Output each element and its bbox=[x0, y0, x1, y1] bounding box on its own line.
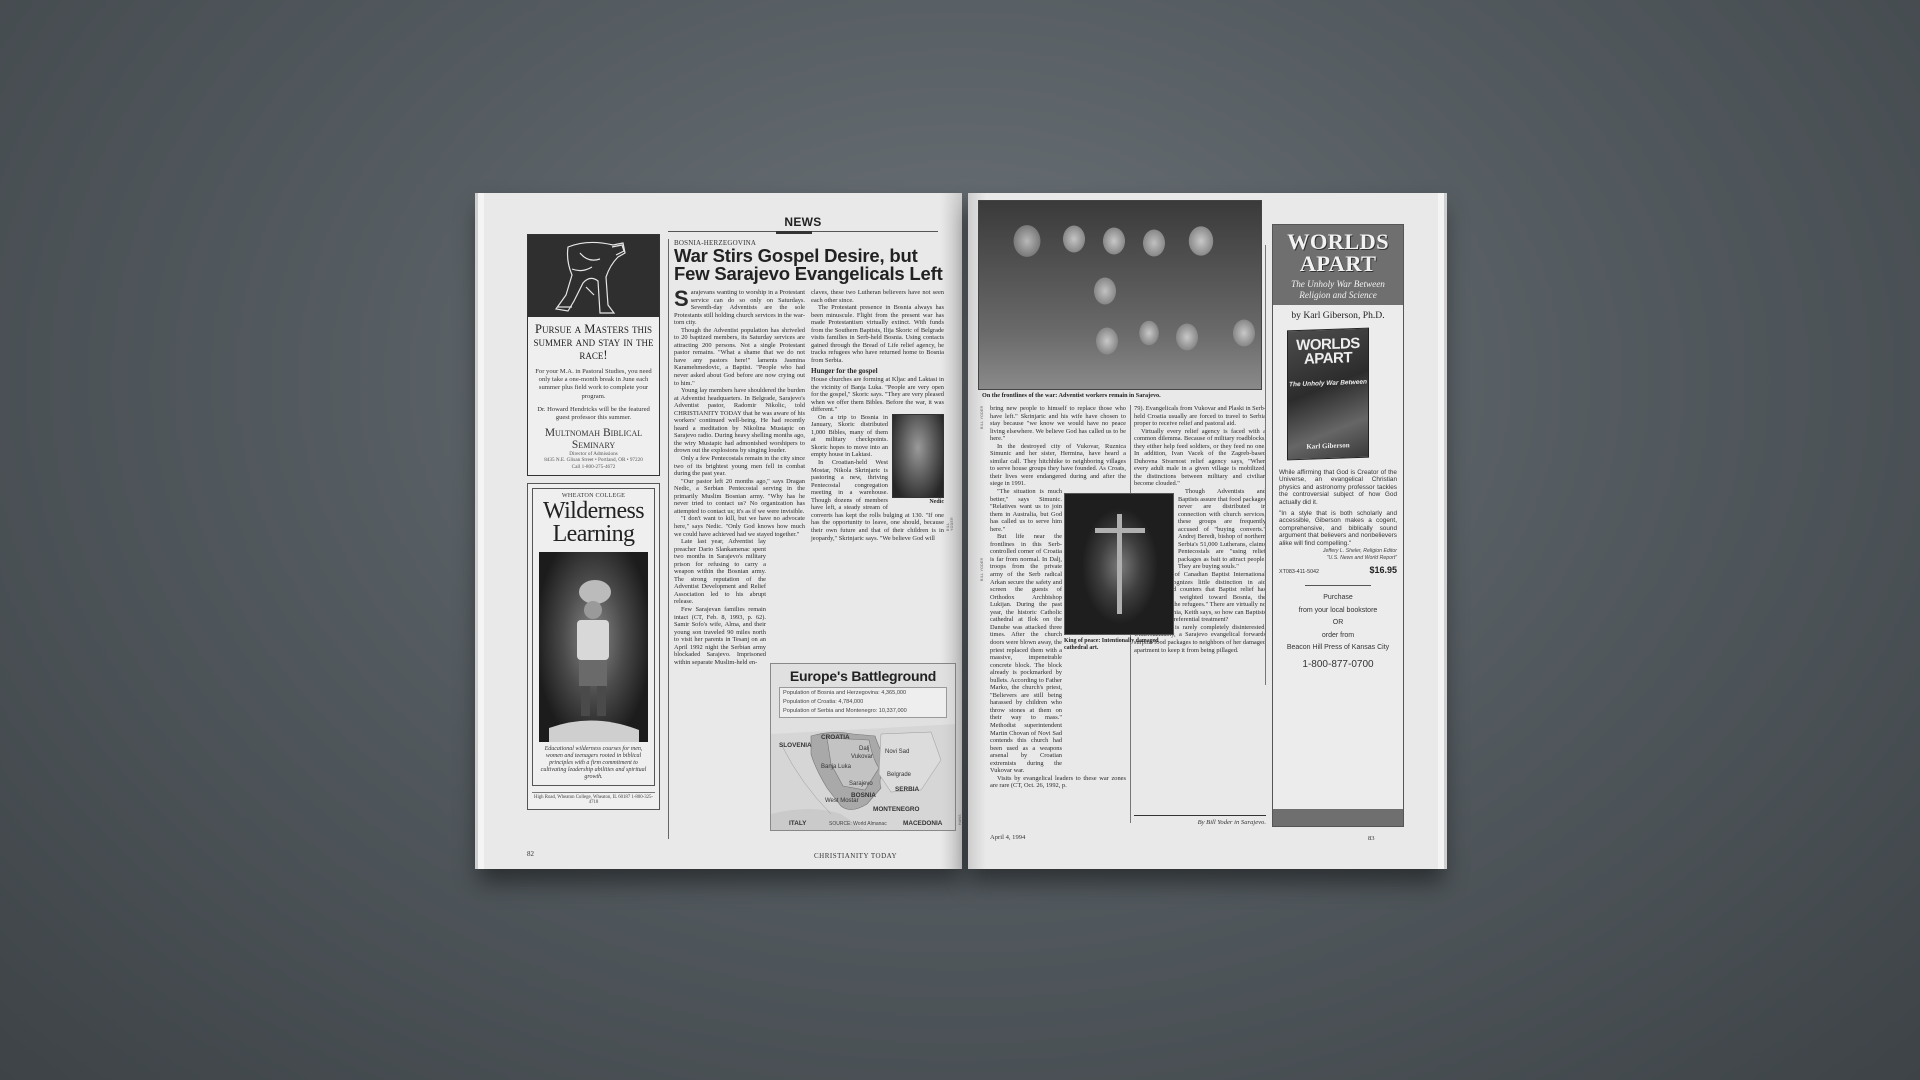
ad-headline: Pursue a Masters this summer and stay in… bbox=[528, 323, 659, 362]
nedic-photo bbox=[892, 414, 944, 498]
photo-caption: King of peace: Intentionally damaged cat… bbox=[1064, 638, 1174, 652]
map-label-country: MONTENEGRO bbox=[873, 806, 920, 813]
paragraph: Though the Adventist population has shri… bbox=[674, 327, 805, 387]
map-label-city: Dalj bbox=[859, 746, 869, 752]
column-rule bbox=[668, 239, 669, 839]
photo-caption: On the frontlines of the war: Adventist … bbox=[982, 392, 1161, 399]
right-page: On the frontlines of the war: Adventist … bbox=[968, 193, 1444, 869]
map-label-country: CROATIA bbox=[821, 734, 850, 741]
book-title: WORLDS APART bbox=[1288, 329, 1368, 368]
ad-description: While affirming that God is Creator of t… bbox=[1279, 469, 1397, 506]
population-line: Population of Serbia and Montenegro: 10,… bbox=[783, 707, 943, 716]
adventist-workers-photo bbox=[978, 200, 1262, 390]
paragraph: Though Adventists and Baptists assure th… bbox=[1178, 488, 1266, 571]
paragraph: Young lay members have shouldered the bu… bbox=[674, 387, 805, 455]
wheaton-ad: WHEATON COLLEGE Wilderness Learning bbox=[527, 483, 660, 810]
map-label-city: Sarajevo bbox=[849, 781, 873, 787]
paragraph: But life near the frontlines in this Ser… bbox=[990, 533, 1062, 775]
wheaton-ad-frame: WHEATON COLLEGE Wilderness Learning bbox=[532, 488, 655, 786]
contact-line: 8435 N.E. Glisan Street • Portland, OR •… bbox=[528, 457, 659, 463]
school-name: Multnomah Biblical Seminary bbox=[528, 427, 659, 451]
article-column-1: Sarajevans wanting to worship in a Prote… bbox=[674, 289, 805, 666]
page-number: 83 bbox=[1368, 835, 1375, 842]
population-line: Population of Croatia: 4,784,000 bbox=[783, 698, 943, 707]
photo-credit: BILL YODER bbox=[980, 406, 984, 429]
ad-footer-band bbox=[1273, 809, 1403, 826]
map-label-country: MACEDONIA bbox=[903, 820, 942, 827]
map-label-country: SERBIA bbox=[895, 786, 919, 793]
multnomah-ad: Pursue a Masters this summer and stay in… bbox=[527, 234, 660, 476]
worlds-apart-ad: WORLDS APART The Unholy War Between Reli… bbox=[1272, 224, 1404, 827]
quote-attribution: "U.S. News and World Report" bbox=[1279, 555, 1397, 561]
map-label-city: Novi Sad bbox=[885, 749, 909, 755]
left-page: NEWS Pursue a bbox=[478, 193, 962, 869]
purchase-line: OR bbox=[1273, 617, 1403, 630]
order-phone: 1-800-877-0700 bbox=[1273, 659, 1403, 670]
purchase-line: Purchase bbox=[1273, 592, 1403, 605]
hiker-figure-icon bbox=[539, 552, 647, 742]
article-column-2: claves, these two Lutheran believers hav… bbox=[811, 289, 944, 542]
byline-rule bbox=[1134, 815, 1266, 816]
book-author: Karl Giberson bbox=[1288, 441, 1368, 452]
ad-body: For your M.A. in Pastoral Studies, you n… bbox=[532, 368, 655, 422]
crucifix-photo bbox=[1064, 493, 1174, 635]
paragraph: "I don't want to kill, but we have no ad… bbox=[674, 515, 805, 538]
paragraph: Virtually every relief agency is faced w… bbox=[1134, 428, 1266, 488]
product-price: $16.95 bbox=[1369, 565, 1397, 575]
column-rule bbox=[1265, 245, 1266, 685]
paragraph: "Our pastor left 20 months ago," says Dr… bbox=[674, 478, 805, 516]
purchase-line: order from bbox=[1273, 630, 1403, 643]
ad-caption: Educational wilderness courses for men, … bbox=[539, 746, 648, 781]
map-label-country: SLOVENIA bbox=[779, 742, 812, 749]
ad-subtitle: The Unholy War Between Religion and Scie… bbox=[1275, 279, 1401, 300]
ad-title: APART bbox=[1275, 253, 1401, 275]
book-subtitle: The Unholy War Between bbox=[1288, 379, 1368, 389]
drop-cap: S bbox=[674, 290, 689, 307]
ad-body-text: Dr. Howard Hendricks will be the feature… bbox=[532, 406, 655, 422]
paragraph: Late last year, Adventist lay preacher D… bbox=[674, 538, 766, 606]
ad-author: by Karl Giberson, Ph.D. bbox=[1273, 310, 1403, 321]
photo-caption: Nedic bbox=[892, 499, 944, 507]
photo-credit: BILL YODER bbox=[980, 558, 984, 581]
magazine-footer: CHRISTIANITY TODAY bbox=[814, 852, 897, 860]
magazine-spread: NEWS Pursue a bbox=[478, 193, 1444, 869]
paragraph: Visits by evangelical leaders to these w… bbox=[990, 775, 1126, 790]
runner-illustration bbox=[528, 235, 659, 317]
photo-credit: BILL YODER bbox=[946, 515, 954, 531]
article-headline: War Stirs Gospel Desire, but Few Sarajev… bbox=[674, 247, 944, 282]
population-line: Population of Bosnia and Herzegovina: 4,… bbox=[783, 689, 943, 698]
ad-title: WORLDS bbox=[1275, 231, 1401, 253]
paragraph: bring new people to himself to replace t… bbox=[990, 405, 1126, 443]
map-source: SOURCE: World Almanac bbox=[829, 821, 887, 827]
purchase-info: Purchase from your local bookstore OR or… bbox=[1273, 592, 1403, 655]
paragraph: claves, these two Lutheran believers hav… bbox=[811, 289, 944, 304]
ad-address: High Road, Wheaton College, Wheaton, IL … bbox=[532, 792, 655, 805]
ad-quote: "In a style that is both scholarly and a… bbox=[1279, 510, 1397, 547]
product-sku: XT083-411-5042 bbox=[1279, 569, 1319, 575]
ad-column: Pursue a Masters this summer and stay in… bbox=[527, 234, 660, 810]
paragraph: In the destroyed city of Vukovar, Ruznic… bbox=[990, 443, 1126, 488]
divider bbox=[1305, 585, 1371, 586]
map-label-city: Banja Luka bbox=[821, 764, 851, 770]
paragraph: Few Sarajevan families remain intact (CT… bbox=[674, 606, 766, 666]
population-box: Population of Bosnia and Herzegovina: 4,… bbox=[779, 687, 947, 718]
map-label-city: West Mostar bbox=[825, 798, 859, 804]
paragraph: The Protestant presence in Bosnia always… bbox=[811, 304, 944, 364]
price-row: XT083-411-5042 $16.95 bbox=[1279, 565, 1397, 575]
subhead: Hunger for the gospel bbox=[811, 368, 944, 376]
ad-title-band: WORLDS APART The Unholy War Between Reli… bbox=[1273, 225, 1403, 305]
paragraph: House churches are forming at Kljac and … bbox=[811, 376, 944, 414]
map-label-country: ITALY bbox=[789, 820, 806, 827]
page-number: 82 bbox=[527, 850, 534, 858]
paragraph: "The situation is much better," says Sim… bbox=[990, 488, 1062, 533]
hiker-photo bbox=[539, 552, 648, 742]
map-title: Europe's Battleground bbox=[771, 668, 955, 684]
contact-line: Call 1-800-275-4672 bbox=[528, 464, 659, 470]
ad-body-text: For your M.A. in Pastoral Studies, you n… bbox=[532, 368, 655, 401]
section-rule-accent bbox=[776, 231, 812, 234]
paragraph: arajevans wanting to worship in a Protes… bbox=[674, 289, 805, 326]
runner-icon bbox=[528, 235, 658, 317]
purchase-line: Beacon Hill Press of Kansas City bbox=[1273, 642, 1403, 655]
map-credit: HANS FLEISLER bbox=[958, 806, 962, 825]
europe-battleground-map: Europe's Battleground Population of Bosn… bbox=[770, 663, 956, 831]
issue-date: April 4, 1994 bbox=[990, 834, 1025, 841]
purchase-line: from your local bookstore bbox=[1273, 605, 1403, 618]
paragraph: Only a few Pentecostals remain in the ci… bbox=[674, 455, 805, 478]
section-header: NEWS bbox=[668, 215, 938, 229]
ad-title: Wilderness Learning bbox=[539, 500, 648, 546]
book-cover: WORLDS APART The Unholy War Between Karl… bbox=[1287, 328, 1369, 461]
paragraph: 79). Evangelicals from Vukovar and Plask… bbox=[1134, 405, 1266, 428]
map-label-city: Belgrade bbox=[887, 772, 911, 778]
ad-contact: Director of Admissions 8435 N.E. Glisan … bbox=[528, 451, 659, 475]
quote-attribution: Jeffery L. Sheler, Religion Editor bbox=[1279, 548, 1397, 554]
map-label-city: Vukovar bbox=[851, 754, 873, 760]
byline: By Bill Yoder in Sarajevo. bbox=[1134, 819, 1266, 826]
